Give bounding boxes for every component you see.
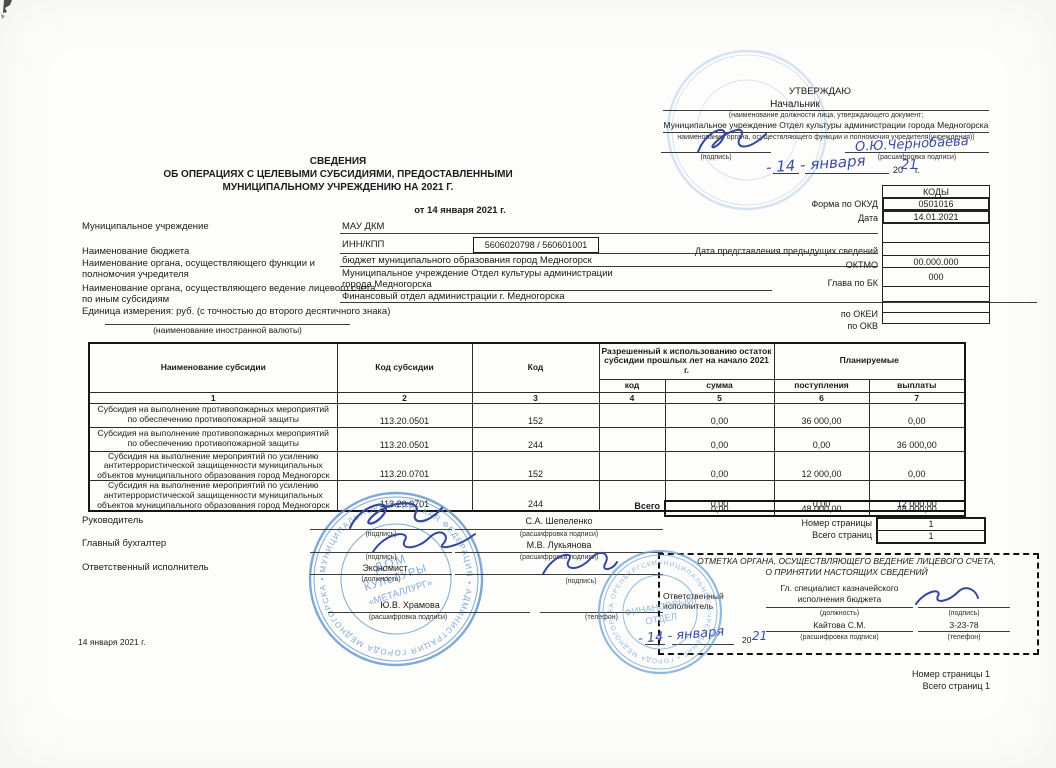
- col-num-7: 7: [869, 392, 965, 403]
- page-total-label: Всего страниц: [700, 530, 872, 540]
- executor-name: Ю.В. Храмова: [330, 600, 490, 610]
- codes-label-okei: по ОКЕИ: [548, 309, 878, 319]
- table-row: Субсидия на выполнение мероприятий по ус…: [89, 451, 965, 481]
- approval-position-note: (наименование должности лица, утверждающ…: [665, 112, 987, 120]
- notebox-position-line: [766, 607, 913, 608]
- total-rsum: 0,00: [665, 501, 774, 516]
- account-line: [340, 302, 1037, 303]
- codes-box: КОДЫ 0501016 14.01.2021 00.000.000 000: [882, 186, 990, 324]
- page-total-value: 1: [878, 531, 984, 543]
- cell-code: 152: [472, 451, 599, 481]
- notebox-position-note: (должность): [766, 610, 913, 618]
- head-name: С.А. Шепеленко: [455, 516, 663, 526]
- codes-label-date: Дата: [548, 213, 878, 223]
- notebox-position1: Гл. специалист казначейского: [766, 584, 913, 594]
- notebox-position2: исполнения бюджета: [766, 595, 913, 605]
- doc-title-line2: ОБ ОПЕРАЦИЯХ С ЦЕЛЕВЫМИ СУБСИДИЯМИ, ПРЕД…: [138, 169, 538, 181]
- budget-line: [340, 266, 878, 267]
- page-num-label: Номер страницы: [700, 518, 872, 528]
- notebox-phone-line: [918, 631, 1010, 632]
- cell-rcode: [599, 427, 665, 451]
- cell-code: 152: [472, 403, 599, 427]
- footer-page-num: Номер страницы 1: [790, 669, 990, 679]
- cell-income: 36 000,00: [774, 403, 869, 427]
- scanned-document-page: УТВЕРЖДАЮ Начальник (наименование должно…: [0, 0, 1056, 768]
- total-row: 0,00 48 000,00 48 000,00: [664, 500, 966, 517]
- cell-subcode: 113.20.0501: [337, 403, 472, 427]
- subsidies-table: Наименование субсидии Код субсидии Код Р…: [88, 342, 966, 512]
- notebox-phone-note: (телефон): [918, 634, 1010, 642]
- col-num-2: 2: [337, 392, 472, 403]
- finance-dept-stamp: МУНИЦИПАЛЬНОЕ УЧРЕЖДЕНИЕ • ГОРОДА МЕДНОГ…: [584, 536, 737, 689]
- inn-label: ИНН/КПП: [342, 239, 384, 250]
- col-num-3: 3: [472, 392, 599, 403]
- executor-position: Экономист: [328, 563, 442, 573]
- cell-name: Субсидия на выполнение мероприятий по ус…: [89, 481, 337, 511]
- col-header-rsum: сумма: [665, 379, 774, 392]
- accountant-sign-line: [310, 552, 452, 553]
- codes-value-okv: [882, 312, 990, 324]
- budget-label: Наименование бюджета: [82, 246, 332, 257]
- head-label: Руководитель: [82, 515, 143, 526]
- col-num-4: 4: [599, 392, 665, 403]
- col-header-code: Код: [472, 343, 599, 392]
- head-decode-line: [455, 529, 663, 530]
- notebox-year-handwritten: 21: [752, 629, 767, 643]
- codes-label-okv: по ОКВ: [548, 321, 878, 331]
- col-header-planned: Планируемые: [774, 343, 965, 379]
- col-header-name: Наименование субсидии: [89, 343, 337, 392]
- doc-title-line1: СВЕДЕНИЯ: [138, 156, 538, 168]
- cell-rsum: 0,00: [665, 451, 774, 481]
- approval-decode-line: [845, 152, 989, 153]
- approval-year-suffix: г.: [915, 165, 920, 175]
- cell-income: 0,00: [774, 427, 869, 451]
- cell-income: 12 000,00: [774, 451, 869, 481]
- cell-outgo: 0,00: [869, 403, 965, 427]
- notebox-sign-note: (подпись): [918, 610, 1010, 618]
- head-decode-note: (расшифровка подписи): [455, 531, 663, 539]
- cell-subcode: 113.20.0501: [337, 427, 472, 451]
- accountant-sign-note: (подпись): [310, 554, 452, 562]
- notebox-decode-line: [766, 631, 913, 632]
- codes-value-glava: 000: [882, 267, 990, 287]
- cell-rcode: [599, 403, 665, 427]
- pages-box: 1 1: [876, 517, 986, 544]
- notebox-sign-line: [918, 607, 1010, 608]
- approval-date-line2: [805, 173, 889, 174]
- col-header-remainder: Разрешенный к использованию остаток субс…: [599, 343, 774, 379]
- cell-rcode: [599, 451, 665, 481]
- currency-note: (наименование иностранной валюты): [105, 326, 350, 336]
- notebox-year-print: 20: [742, 636, 751, 646]
- executor-position-line: [310, 574, 452, 575]
- founder-label: Наименование органа, осуществляющего фун…: [82, 258, 354, 280]
- table-row: Субсидия на выполнение противопожарных м…: [89, 427, 965, 451]
- accountant-label: Главный бухгалтер: [82, 538, 166, 549]
- inn-line: [340, 253, 878, 254]
- codes-value-empty1: [882, 223, 990, 243]
- institution-line: [340, 233, 878, 234]
- inn-value-box: 5606020798 / 560601001: [473, 237, 599, 253]
- col-num-1: 1: [89, 392, 337, 403]
- codes-value-okud: 0501016: [882, 197, 990, 211]
- executor-decode-note: (расшифровка подписи): [328, 614, 488, 622]
- executor-position-note: (должность): [310, 576, 452, 584]
- cell-rsum: 0,00: [665, 427, 774, 451]
- cell-rsum: 0,00: [665, 403, 774, 427]
- budget-value: бюджет муниципального образования город …: [342, 255, 862, 266]
- approval-sign-line: [661, 152, 771, 153]
- cell-name: Субсидия на выполнение мероприятий по ус…: [89, 451, 337, 481]
- notebox-decode-note: (расшифровка подписи): [766, 634, 913, 642]
- approval-position-line: [663, 110, 989, 111]
- codes-value-date: 14.01.2021: [882, 210, 990, 224]
- col-header-outgo: выплаты: [869, 379, 965, 392]
- executor-label: Ответственный исполнитель: [82, 562, 209, 573]
- table-row: Субсидия на выполнение противопожарных м…: [89, 403, 965, 427]
- footer-page-total: Всего страниц 1: [790, 681, 990, 691]
- cell-code: 244: [472, 427, 599, 451]
- notebox-title1: ОТМЕТКА ОРГАНА, ОСУЩЕСТВЛЯЮЩЕГО ВЕДЕНИЕ …: [665, 557, 1028, 567]
- total-outgo: 48 000,00: [869, 501, 965, 516]
- institution-label: Муниципальное учреждение: [82, 221, 332, 232]
- scan-artifact: [0, 0, 30, 24]
- total-label: Всего: [560, 501, 660, 511]
- footer-date: 14 января 2021 г.: [78, 638, 146, 648]
- notebox-name: Кайтова С.М.: [766, 621, 913, 631]
- doc-date-line: от 14 января 2021 г.: [385, 205, 535, 216]
- cell-outgo: 36 000,00: [869, 427, 965, 451]
- founder-value: Муниципальное учреждение Отдел культуры …: [342, 268, 642, 290]
- col-header-subcode: Код субсидии: [337, 343, 472, 392]
- codes-value-empty2: [882, 286, 990, 302]
- doc-title-line3: МУНИЦИПАЛЬНОМУ УЧРЕЖДЕНИЮ НА 2021 Г.: [138, 182, 538, 194]
- approval-word: УТВЕРЖДАЮ: [760, 86, 880, 97]
- page-num-value: 1: [878, 519, 984, 531]
- codes-value-prev: [882, 242, 990, 256]
- cell-name: Субсидия на выполнение противопожарных м…: [89, 403, 337, 427]
- cell-outgo: 0,00: [869, 451, 965, 481]
- unit-label: Единица измерения: руб. (с точностью до …: [82, 306, 442, 317]
- total-income: 48 000,00: [774, 501, 869, 516]
- account-value: Финансовый отдел администрации г. Медног…: [342, 291, 742, 302]
- cell-name: Субсидия на выполнение противопожарных м…: [89, 427, 337, 451]
- col-header-rcode: код: [599, 379, 665, 392]
- approval-date-line1: [773, 173, 799, 174]
- col-header-income: поступления: [774, 379, 869, 392]
- institution-value: МАУ ДКМ: [342, 221, 384, 232]
- executor-decode-line: [328, 612, 530, 613]
- col-num-5: 5: [665, 392, 774, 403]
- col-num-6: 6: [774, 392, 869, 403]
- codes-label-okud: Форма по ОКУД: [548, 199, 878, 209]
- approval-sign-note: (подпись): [661, 154, 771, 162]
- notebox-phone: 3-23-78: [918, 621, 1010, 631]
